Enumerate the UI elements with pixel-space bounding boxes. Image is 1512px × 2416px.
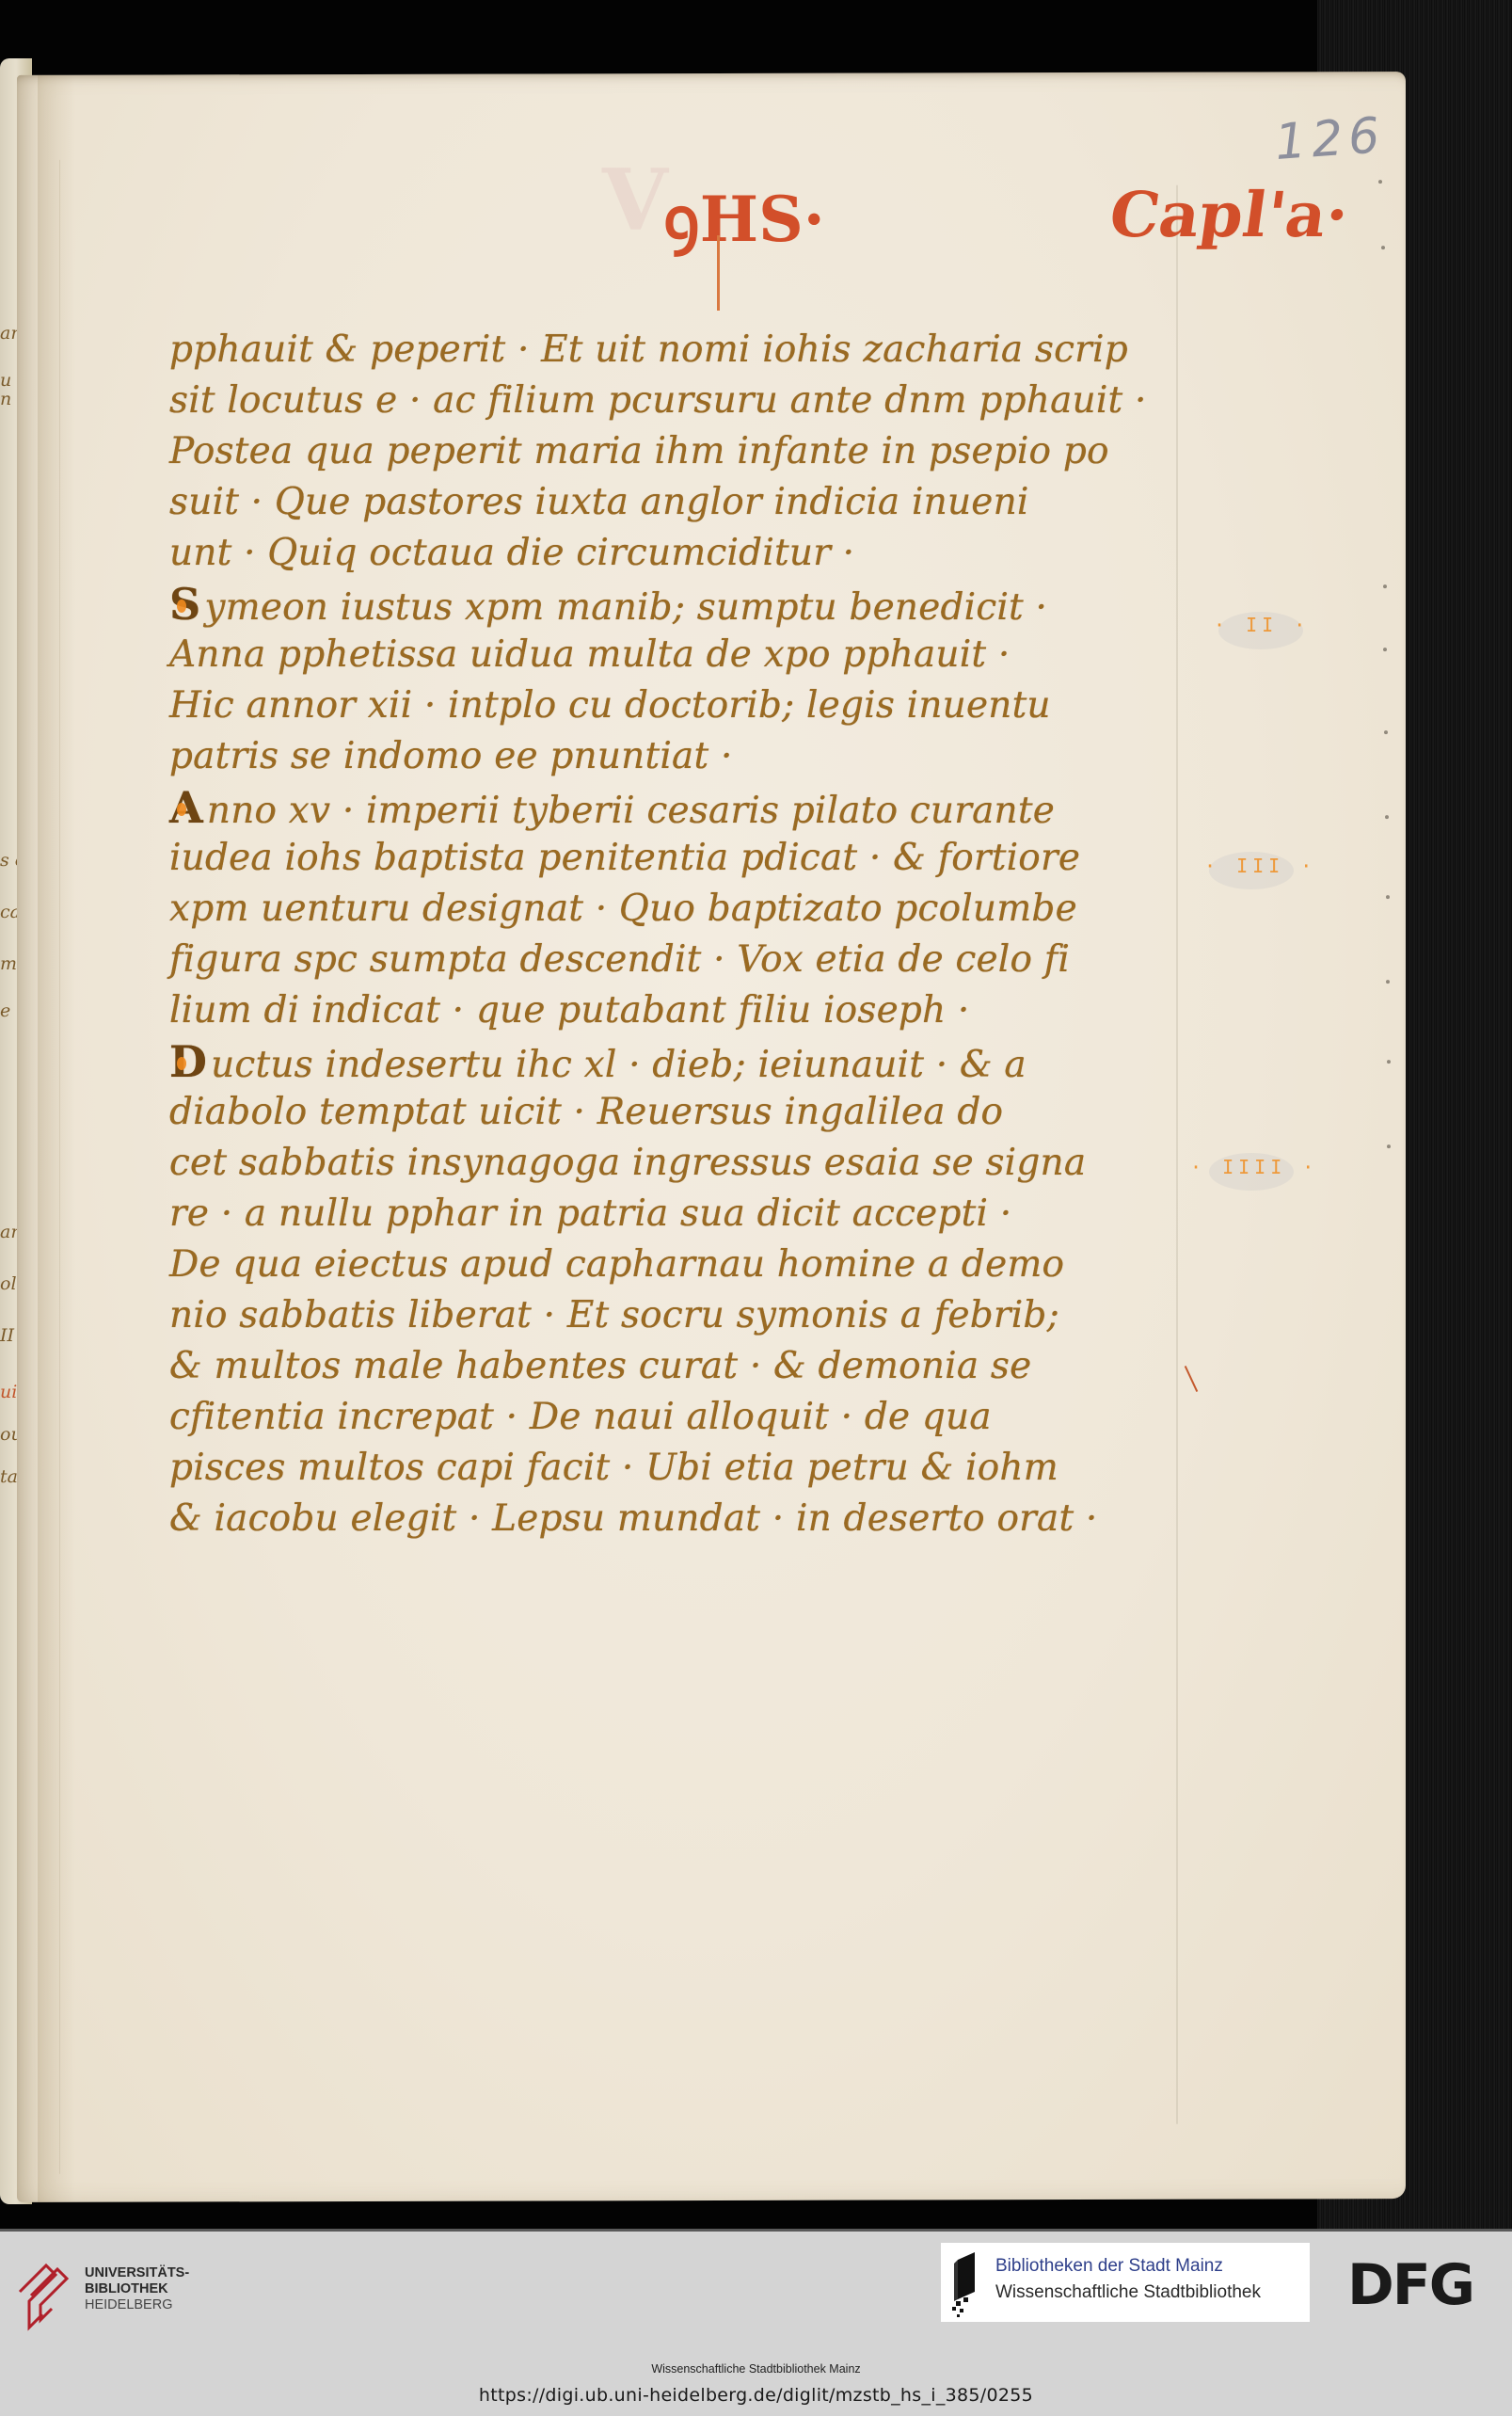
ub-heidelberg-mark-icon	[14, 2254, 74, 2335]
text-line: lium di indicat · que putabant filiu ios…	[169, 985, 1186, 1036]
decorated-initial: D	[169, 1036, 207, 1087]
text-line: sit locutus e · ac filium pcursuru ante …	[169, 376, 1186, 426]
text-line: De qua eiectus apud capharnau homine a d…	[169, 1240, 1186, 1290]
text-line: xpm uenturu designat · Quo baptizato pco…	[169, 884, 1186, 935]
pricking-hole	[1386, 980, 1390, 984]
text-line: Hic annor xii · intplo cu doctorib; legi…	[169, 680, 1186, 731]
manuscript-scan: anté u n s ex cam m e are. olen II uit. …	[0, 0, 1512, 2229]
text-line: pphauit & peperit · Et uit nomi iohis za…	[169, 325, 1186, 376]
margin-chapter-mark: · III ·	[1204, 855, 1316, 877]
text-line: nio sabbatis liberat · Et socru symonis …	[169, 1290, 1186, 1341]
margin-chapter-mark: · II ·	[1214, 614, 1310, 636]
text-line: & iacobu elegit · Lepsu mundat · in dese…	[169, 1494, 1186, 1544]
ub-heidelberg-wordmark: UNIVERSITÄTS- BIBLIOTHEK HEIDELBERG	[85, 2265, 189, 2313]
ub-heidelberg-logo[interactable]: UNIVERSITÄTS- BIBLIOTHEK HEIDELBERG	[14, 2250, 202, 2335]
pricking-hole	[1386, 895, 1390, 899]
running-heading-right: Capl'a·	[1106, 184, 1352, 246]
pricking-hole	[1381, 246, 1385, 249]
manuscript-text-block: pphauit & peperit · Et uit nomi iohis za…	[169, 325, 1186, 1544]
pricking-hole	[1383, 648, 1387, 651]
text-line: unt · Quiq octaua die circumciditur ·	[169, 528, 1186, 579]
text-line: iudea iohs baptista penitentia pdicat · …	[169, 833, 1186, 884]
folio-number: 126	[1273, 107, 1387, 171]
text-line: re · a nullu pphar in patria sua dicit a…	[169, 1189, 1186, 1240]
text-line: Symeon iustus xpm manib; sumptu benedici…	[169, 579, 1186, 630]
pricking-hole	[1385, 815, 1389, 819]
text-line: Postea qua peperit maria ihm infante in …	[169, 426, 1186, 477]
permalink-url[interactable]: https://digi.ub.uni-heidelberg.de/diglit…	[0, 2385, 1512, 2406]
text-line: Anno xv · imperii tyberii cesaris pilato…	[169, 782, 1186, 833]
decorated-initial: S	[169, 579, 200, 630]
pricking-hole	[1384, 730, 1388, 734]
ruling-line-left	[59, 160, 60, 2174]
text-line: & multos male habentes curat · & demonia…	[169, 1341, 1186, 1392]
text-line: Ductus indesertu ihc xl · dieb; ieiunaui…	[169, 1036, 1186, 1087]
text-line: cfitentia increpat · De naui alloquit · …	[169, 1392, 1186, 1443]
pricking-hole	[1383, 584, 1387, 588]
text-line: patris se indomo ee pnuntiat ·	[169, 731, 1186, 782]
pricking-hole	[1387, 1060, 1391, 1064]
mainz-library-logo[interactable]: Bibliotheken der Stadt Mainz Wissenschaf…	[941, 2243, 1310, 2322]
text-line: diabolo temptat uicit · Reuersus ingalil…	[169, 1087, 1186, 1138]
book-pixel-icon	[948, 2250, 986, 2318]
pricking-hole	[1387, 1144, 1391, 1148]
text-line: pisces multos capi facit · Ubi etia petr…	[169, 1443, 1186, 1494]
pricking-hole	[1378, 180, 1382, 184]
rubric-descender	[717, 235, 720, 311]
running-heading-left: ꝯHS·	[663, 188, 825, 250]
text-line: cet sabbatis insynagoga ingressus esaia …	[169, 1138, 1186, 1189]
dfg-logo[interactable]: DFG	[1347, 2257, 1473, 2313]
gutter-shadow	[38, 75, 75, 2202]
holding-library-name: Wissenschaftliche Stadtbibliothek Mainz	[0, 2362, 1512, 2376]
text-line: figura spc sumpta descendit · Vox etia d…	[169, 935, 1186, 985]
decorated-initial: A	[169, 782, 203, 833]
margin-chapter-mark: · IIII ·	[1190, 1156, 1318, 1178]
mainz-logo-title: Bibliotheken der Stadt Mainz	[995, 2256, 1223, 2277]
text-line: Anna pphetissa uidua multa de xpo pphaui…	[169, 630, 1186, 680]
offset-ghost-heading: V	[602, 151, 668, 250]
mainz-logo-subtitle: Wissenschaftliche Stadtbibliothek	[995, 2282, 1261, 2303]
text-line: suit · Que pastores iuxta anglor indicia…	[169, 477, 1186, 528]
